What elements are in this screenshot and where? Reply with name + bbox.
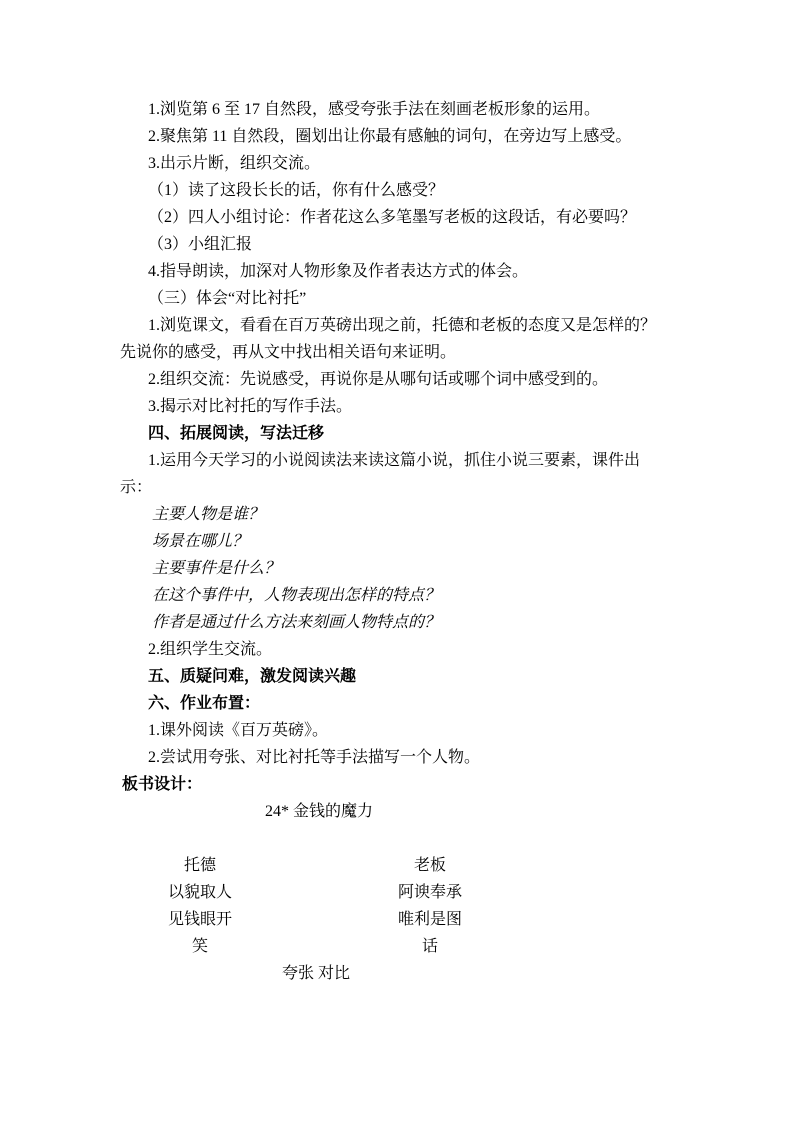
text-line: 在这个事件中，人物表现出怎样的特点？ [120, 582, 676, 609]
text-line: 4.指导朗读，加深对人物形象及作者表达方式的体会。 [120, 258, 676, 285]
board-left-item: 笑 [120, 933, 280, 960]
text-line: 1.浏览第 6 至 17 自然段，感受夸张手法在刻画老板形象的运用。 [120, 96, 676, 123]
document-content: 1.浏览第 6 至 17 自然段，感受夸张手法在刻画老板形象的运用。2.聚焦第 … [0, 0, 794, 987]
board-footer: 夸张 对比 [120, 960, 676, 987]
board-right-item: 话 [345, 933, 515, 960]
text-line: 主要事件是什么？ [120, 555, 676, 582]
text-line: 1.课外阅读《百万英磅》。 [120, 717, 676, 744]
text-lines: 1.浏览第 6 至 17 自然段，感受夸张手法在刻画老板形象的运用。2.聚焦第 … [120, 96, 676, 798]
board-left-item: 以貌取人 [120, 879, 280, 906]
board-right-item: 老板 [345, 852, 515, 879]
text-line: 场景在哪儿？ [120, 528, 676, 555]
text-line: 2.聚焦第 11 自然段，圈划出让你最有感触的词句，在旁边写上感受。 [120, 123, 676, 150]
text-line: （3）小组汇报 [120, 231, 676, 258]
lesson-plan-page: 1.浏览第 6 至 17 自然段，感受夸张手法在刻画老板形象的运用。2.聚焦第 … [0, 0, 794, 1123]
text-line: （三）体会“对比衬托” [120, 285, 676, 312]
text-line: 作者是通过什么方法来刻画人物特点的？ [120, 609, 676, 636]
text-line: 1.运用今天学习的小说阅读法来读这篇小说，抓住小说三要素，课件出 [120, 447, 676, 474]
text-line: 六、作业布置： [120, 690, 676, 717]
board-right-item: 唯利是图 [345, 906, 515, 933]
text-line: 2.组织交流：先说感受，再说你是从哪句话或哪个词中感受到的。 [120, 366, 676, 393]
text-line: 主要人物是谁？ [120, 501, 676, 528]
text-line: 2.组织学生交流。 [120, 636, 676, 663]
board-title: 24* 金钱的魔力 [120, 798, 676, 825]
text-line: （2）四人小组讨论：作者花这么多笔墨写老板的这段话，有必要吗？ [120, 204, 676, 231]
text-line: 示： [120, 474, 676, 501]
board-right-item: 阿谀奉承 [345, 879, 515, 906]
text-line: 五、质疑问难，激发阅读兴趣 [120, 663, 676, 690]
board-row: 见钱眼开 唯利是图 [120, 906, 676, 933]
text-line: 2.尝试用夸张、对比衬托等手法描写一个人物。 [120, 744, 676, 771]
blank-line [120, 825, 676, 852]
text-line: 四、拓展阅读，写法迁移 [120, 420, 676, 447]
board-row: 以貌取人 阿谀奉承 [120, 879, 676, 906]
text-line: （1）读了这段长长的话，你有什么感受？ [120, 177, 676, 204]
board-left-item: 托德 [120, 852, 280, 879]
board-design-section: 24* 金钱的魔力 托德 老板 以貌取人 阿谀奉承 见钱眼开 唯利是图 笑 话 … [120, 798, 676, 987]
board-row: 笑 话 [120, 933, 676, 960]
text-line: 板书设计： [120, 771, 676, 798]
board-left-item: 见钱眼开 [120, 906, 280, 933]
board-row: 托德 老板 [120, 852, 676, 879]
text-line: 1.浏览课文，看看在百万英磅出现之前，托德和老板的态度又是怎样的？ [120, 312, 676, 339]
text-line: 先说你的感受，再从文中找出相关语句来证明。 [120, 339, 676, 366]
text-line: 3.揭示对比衬托的写作手法。 [120, 393, 676, 420]
text-line: 3.出示片断，组织交流。 [120, 150, 676, 177]
